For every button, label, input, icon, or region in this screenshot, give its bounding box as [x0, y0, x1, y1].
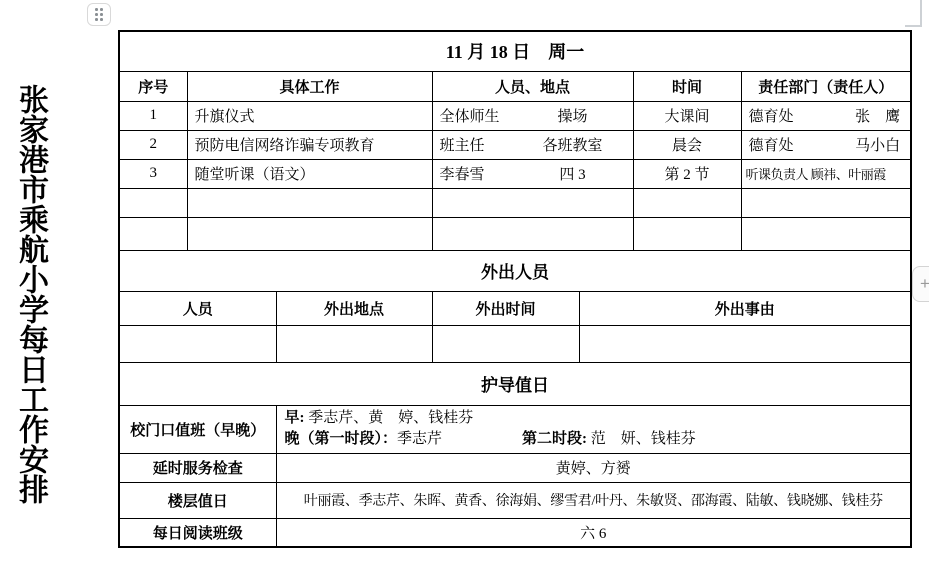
cell-person: 全体师生 [433, 105, 523, 126]
cell-time: 第 2 节 [633, 159, 741, 188]
reading-class-row: 每日阅读班级 六 6 [119, 518, 911, 547]
cell-task [187, 217, 432, 250]
table-row: 2 预防电信网络诈骗专项教育 班主任各班教室 晨会 德育处马小白 [119, 130, 911, 159]
cell-person-place: 全体师生操场 [432, 101, 633, 130]
date-title: 11 月 18 日 周一 [119, 31, 911, 71]
cell-person: 班主任 [433, 134, 523, 155]
cell-dept-owner: 德育处张 鹰 [741, 101, 911, 130]
outing-time [432, 325, 579, 362]
cell-time: 晨会 [633, 130, 741, 159]
cell-person-place: 班主任各班教室 [432, 130, 633, 159]
cell-responsible: 听课负责人 顾祎、叶丽霞 [741, 159, 911, 188]
gate-morning-label: 早: [285, 410, 305, 426]
duty-section-title: 护导值日 [119, 362, 911, 405]
gate-duty-row: 校门口值班（早晚） 早: 季志芹、黄 婷、钱桂芬 晚（第一时段）：季志芹第二时段… [119, 405, 911, 453]
cell-no: 2 [119, 130, 187, 159]
drag-handle-button[interactable] [87, 3, 111, 26]
delay-check-label: 延时服务检查 [119, 453, 276, 482]
cell-task [187, 188, 432, 217]
date-title-row: 11 月 18 日 周一 [119, 31, 911, 71]
outing-section-row: 外出人员 [119, 250, 911, 291]
outing-col-reason: 外出事由 [579, 291, 911, 325]
outing-person [119, 325, 276, 362]
gate-second-period-names: 范 妍、钱桂芬 [587, 431, 696, 447]
cell-no: 1 [119, 101, 187, 130]
cell-dept: 德育处 [749, 105, 794, 126]
cell-place: 四 3 [523, 163, 623, 184]
table-row: 1 升旗仪式 全体师生操场 大课间 德育处张 鹰 [119, 101, 911, 130]
outing-place [276, 325, 432, 362]
outing-row-empty [119, 325, 911, 362]
cell-place: 操场 [523, 105, 623, 126]
cell-person-place [432, 217, 633, 250]
floor-duty-label: 楼层值日 [119, 482, 276, 518]
schedule-header-row: 序号 具体工作 人员、地点 时间 责任部门（责任人） [119, 71, 911, 101]
cell-time: 大课间 [633, 101, 741, 130]
cell-no: 3 [119, 159, 187, 188]
reading-class-label: 每日阅读班级 [119, 518, 276, 547]
gate-duty-label: 校门口值班（早晚） [119, 405, 276, 453]
daily-work-table: 11 月 18 日 周一 序号 具体工作 人员、地点 时间 责任部门（责任人） … [118, 30, 912, 548]
cell-dept-owner: 德育处马小白 [741, 130, 911, 159]
reading-class-value: 六 6 [276, 518, 911, 547]
adjacent-panel-corner [905, 0, 922, 27]
duty-section-row: 护导值日 [119, 362, 911, 405]
gate-evening-names: 季志芹 [397, 431, 442, 447]
cell-dept-owner [741, 217, 911, 250]
col-header-time: 时间 [633, 71, 741, 101]
outing-col-person: 人员 [119, 291, 276, 325]
cell-person: 李春雪 [433, 163, 523, 184]
cell-dept: 德育处 [749, 134, 794, 155]
floor-duty-value: 叶丽霞、季志芹、朱晖、黄香、徐海娟、缪雪君/叶丹、朱敏贤、邵海霞、陆敏、钱晓娜、… [276, 482, 911, 518]
cell-owner: 马小白 [855, 134, 900, 155]
col-header-task: 具体工作 [187, 71, 432, 101]
gate-evening-line: 晚（第一时段）：季志芹第二时段: 范 妍、钱桂芬 [285, 429, 903, 450]
cell-dept-owner [741, 188, 911, 217]
delay-check-row: 延时服务检查 黄婷、方赟 [119, 453, 911, 482]
outing-section-title: 外出人员 [119, 250, 911, 291]
col-header-dept: 责任部门（责任人） [741, 71, 911, 101]
cell-no [119, 188, 187, 217]
cell-task: 升旗仪式 [187, 101, 432, 130]
gate-morning-names: 季志芹、黄 婷、钱桂芬 [305, 410, 474, 426]
cell-owner: 张 鹰 [855, 105, 900, 126]
outing-header-row: 人员 外出地点 外出时间 外出事由 [119, 291, 911, 325]
cell-place: 各班教室 [523, 134, 623, 155]
table-row-empty [119, 188, 911, 217]
table-row: 3 随堂听课（语文） 李春雪四 3 第 2 节 听课负责人 顾祎、叶丽霞 [119, 159, 911, 188]
gate-evening-label: 晚（第一时段）： [285, 431, 398, 447]
cell-time [633, 188, 741, 217]
col-header-person-place: 人员、地点 [432, 71, 633, 101]
cell-task: 预防电信网络诈骗专项教育 [187, 130, 432, 159]
outing-col-place: 外出地点 [276, 291, 432, 325]
cell-person-place: 李春雪四 3 [432, 159, 633, 188]
outing-reason [579, 325, 911, 362]
col-header-no: 序号 [119, 71, 187, 101]
table-row-empty [119, 217, 911, 250]
cell-no [119, 217, 187, 250]
gate-morning-line: 早: 季志芹、黄 婷、钱桂芬 [285, 408, 903, 429]
outing-col-time: 外出时间 [432, 291, 579, 325]
drag-handle-icon [95, 8, 103, 21]
cell-time [633, 217, 741, 250]
delay-check-value: 黄婷、方赟 [276, 453, 911, 482]
cell-person-place [432, 188, 633, 217]
floor-duty-row: 楼层值日 叶丽霞、季志芹、朱晖、黄香、徐海娟、缪雪君/叶丹、朱敏贤、邵海霞、陆敏… [119, 482, 911, 518]
cell-task: 随堂听课（语文） [187, 159, 432, 188]
school-vertical-title: 张家港市乘航小学每日工作安排 [12, 84, 48, 514]
gate-second-period-label: 第二时段: [522, 431, 587, 447]
gate-duty-value: 早: 季志芹、黄 婷、钱桂芬 晚（第一时段）：季志芹第二时段: 范 妍、钱桂芬 [276, 405, 911, 453]
add-block-button[interactable]: + [912, 266, 929, 302]
